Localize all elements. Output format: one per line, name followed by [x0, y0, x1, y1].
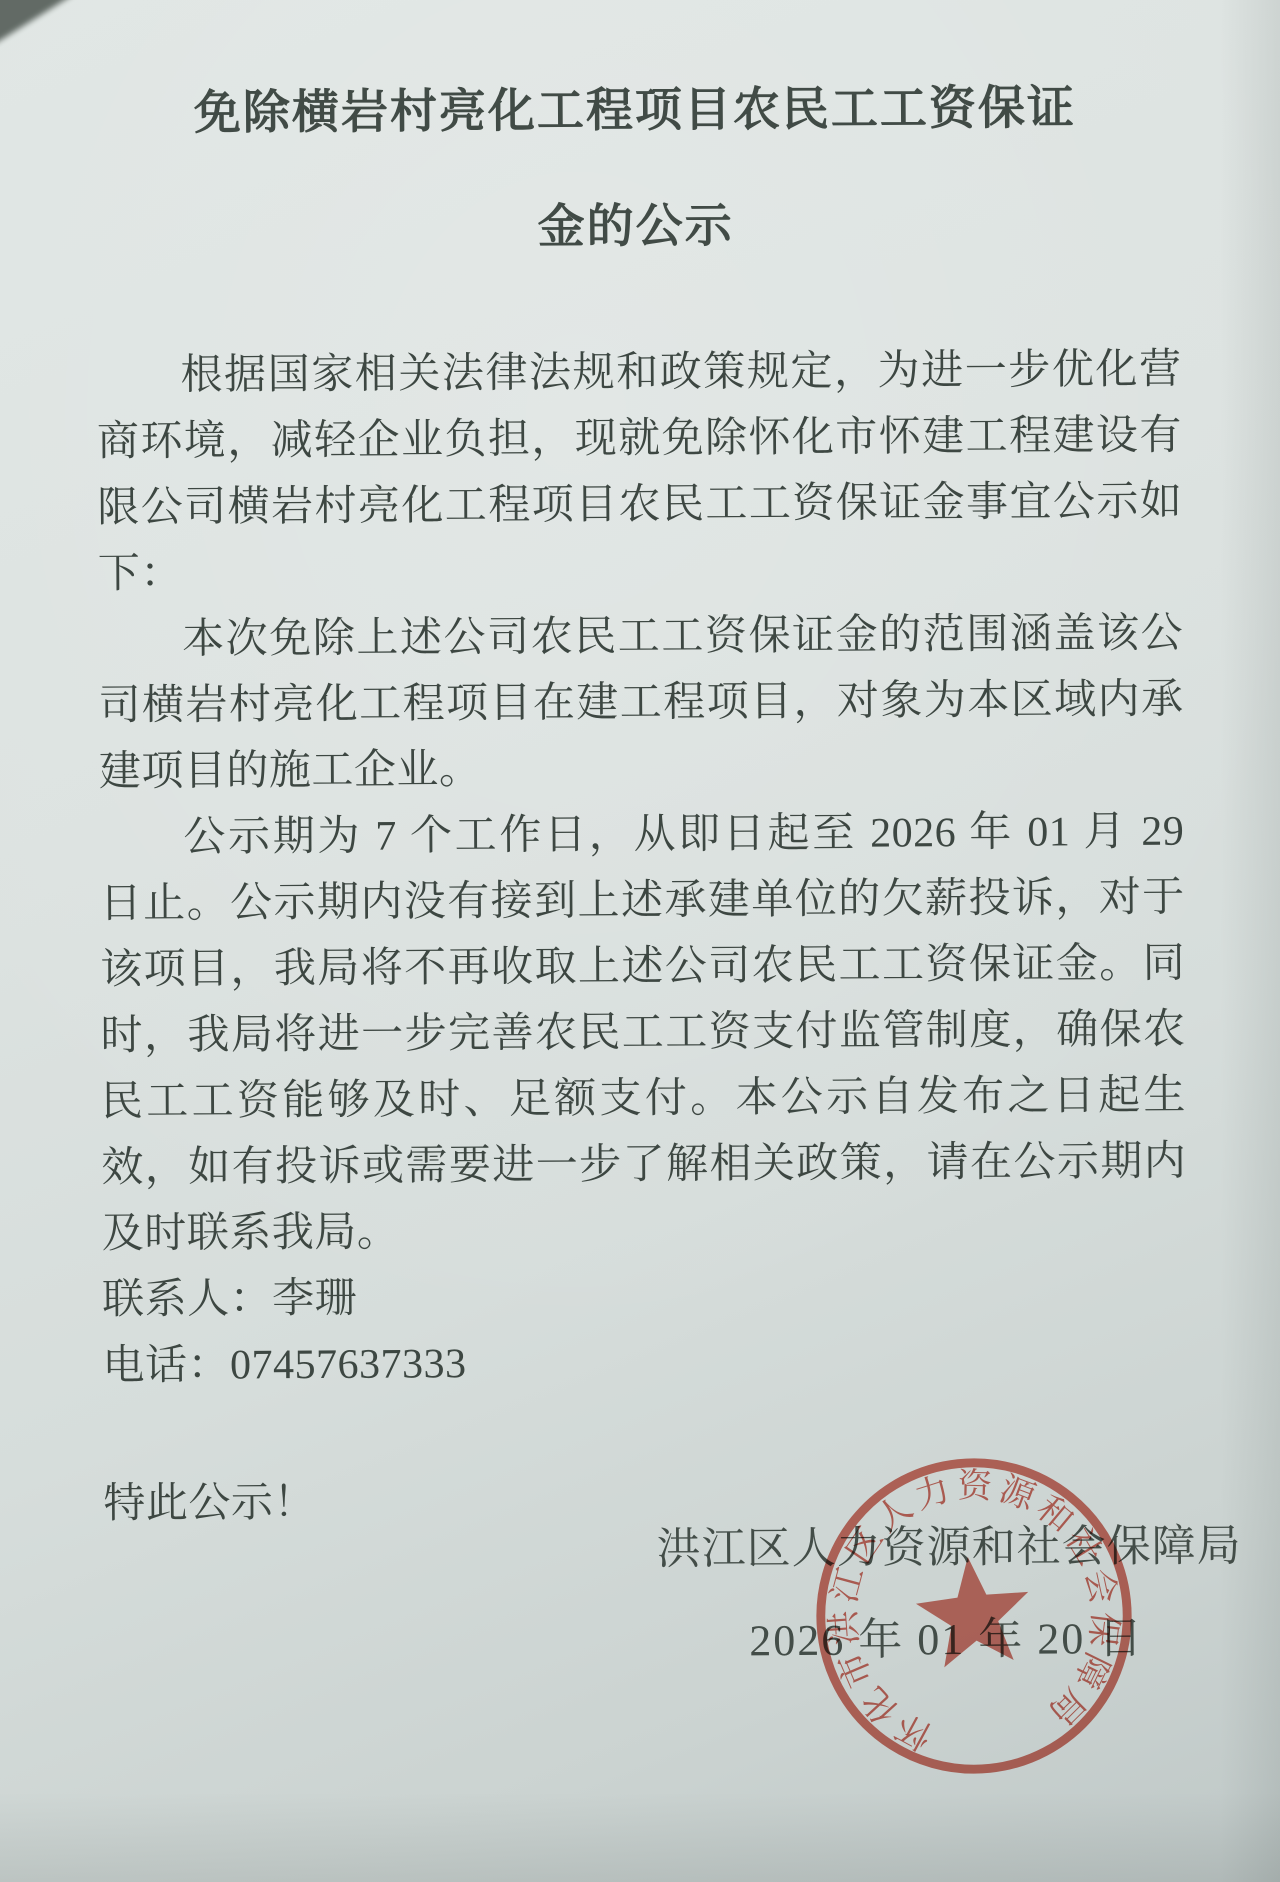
paragraph-legal-basis: 根据国家相关法律法规和政策规定，为进一步优化营商环境，减轻企业负担，现就免除怀化… — [96, 337, 1183, 608]
contact-phone-line: 电话：07457637333 — [102, 1327, 1187, 1400]
stamp-star-icon — [912, 1551, 1035, 1669]
paragraph-publicity-period: 公示期为 7 个工作日，从即日起至 2026 年 01 月 29 日止。公示期内… — [99, 799, 1187, 1268]
document-title: 免除横岩村亮化工程项目农民工工资保证 金的公示 — [85, 49, 1186, 288]
paragraph-exemption-scope: 本次免除上述公司农民工工资保证金的范围涵盖该公司横岩村亮化工程项目在建工程项目，… — [98, 601, 1184, 806]
document-body: 根据国家相关法律法规和政策规定，为进一步优化营商环境，减轻企业负担，现就免除怀化… — [96, 337, 1188, 1538]
scanned-notice-page: 免除横岩村亮化工程项目农民工工资保证 金的公示 根据国家相关法律法规和政策规定，… — [0, 0, 1280, 1882]
official-seal-stamp: 怀化市洪江区人力资源和社会保障局 — [789, 1431, 1158, 1800]
contact-person-line: 联系人：李珊 — [102, 1261, 1187, 1334]
title-line-2: 金的公示 — [85, 165, 1186, 288]
title-line-1: 免除横岩村亮化工程项目农民工工资保证 — [85, 49, 1186, 172]
